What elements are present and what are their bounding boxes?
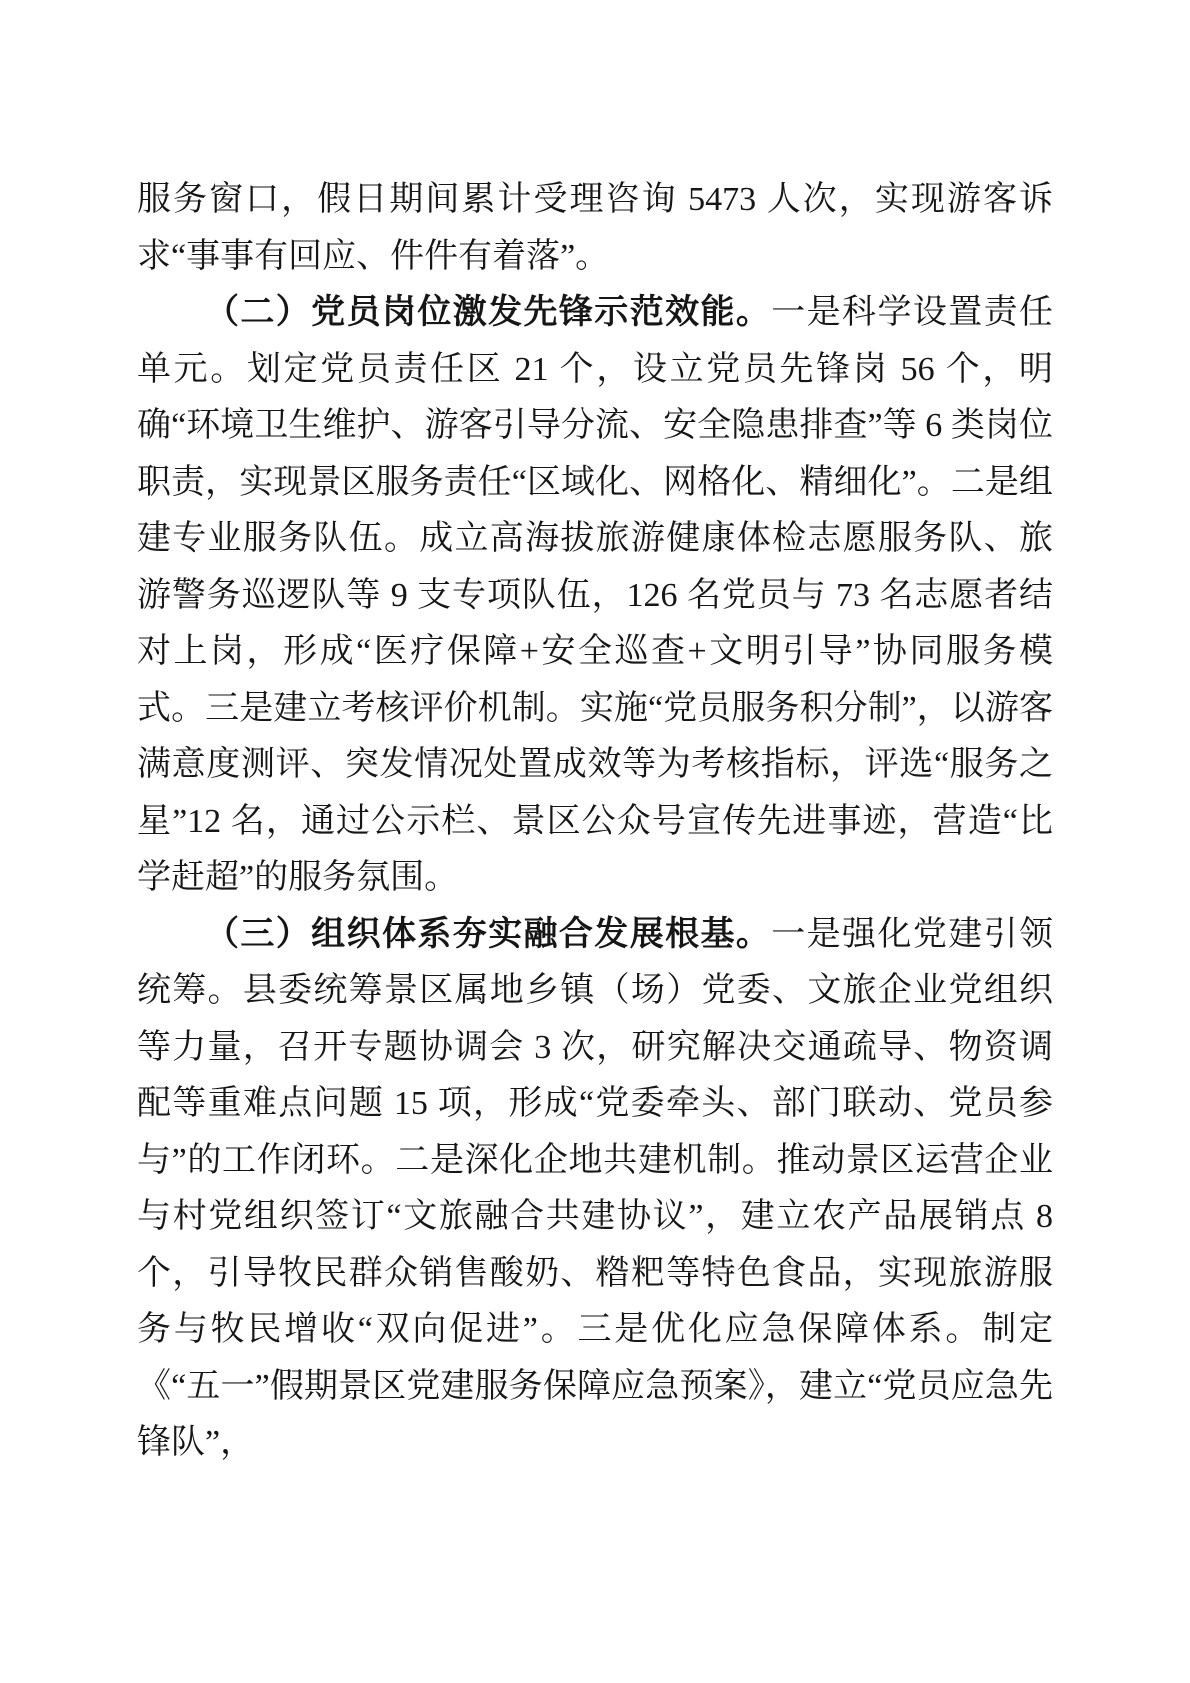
- paragraph-section-3: （三）组织体系夯实融合发展根基。一是强化党建引领统筹。县委统筹景区属地乡镇（场）…: [137, 907, 1053, 1472]
- paragraph-text: 一是强化党建引领统筹。县委统筹景区属地乡镇（场）党委、文旅企业党组织等力量，召开…: [137, 916, 1053, 1462]
- paragraph-continuation: 服务窗口，假日期间累计受理咨询 5473 人次，实现游客诉求“事事有回应、件件有…: [137, 172, 1053, 285]
- document-page: 服务窗口，假日期间累计受理咨询 5473 人次，实现游客诉求“事事有回应、件件有…: [0, 0, 1190, 1683]
- section-heading-2: （二）党员岗位激发先锋示范效能。: [205, 294, 771, 331]
- paragraph-text: 一是科学设置责任单元。划定党员责任区 21 个，设立党员先锋岗 56 个，明确“…: [137, 294, 1053, 896]
- section-heading-3: （三）组织体系夯实融合发展根基。: [205, 916, 771, 953]
- paragraph-section-2: （二）党员岗位激发先锋示范效能。一是科学设置责任单元。划定党员责任区 21 个，…: [137, 285, 1053, 907]
- paragraph-text: 服务窗口，假日期间累计受理咨询 5473 人次，实现游客诉求“事事有回应、件件有…: [137, 181, 1053, 275]
